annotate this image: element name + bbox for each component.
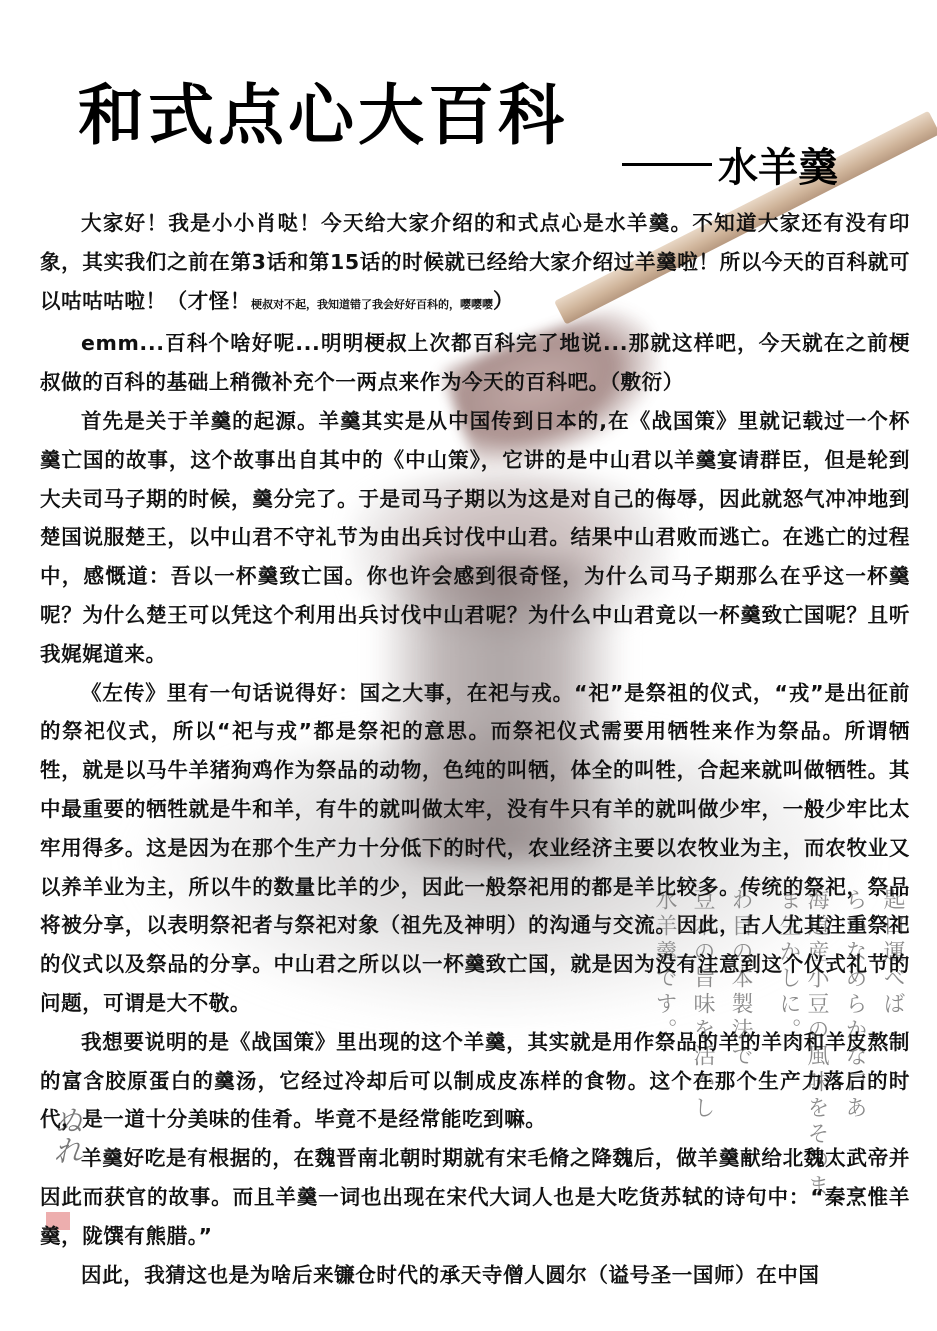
paragraph-intro: 大家好！我是小小肖哒！今天给大家介绍的和式点心是水羊羹。不知道大家还有没有印象，… <box>40 204 910 324</box>
paragraph: emm...百科个啥好呢...明明梗叔上次都百科完了地说...那就这样吧，今天就… <box>40 324 910 402</box>
article-body: 大家好！我是小小肖哒！今天给大家介绍的和式点心是水羊羹。不知道大家还有没有印象，… <box>40 204 910 1294</box>
paragraph: 首先是关于羊羹的起源。羊羹其实是从中国传到日本的,在《战国策》里就记载过一个杯羹… <box>40 402 910 674</box>
paragraph: 我想要说明的是《战国策》里出现的这个羊羹，其实就是用作祭品的羊的羊肉和羊皮熬制的… <box>40 1023 910 1139</box>
paragraph: 羊羹好吃是有根据的，在魏晋南北朝时期就有宋毛脩之降魏后，做羊羹献给北魏太武帝并因… <box>40 1139 910 1255</box>
paragraph: 《左传》里有一句话说得好：国之大事，在祀与戎。“祀”是祭祖的仪式，“戎”是出征前… <box>40 674 910 1023</box>
page-title: 和式点心大百科 <box>78 62 568 157</box>
subtitle-dash <box>622 163 712 166</box>
subtitle-text: 水羊羹 <box>718 136 838 193</box>
page-subtitle: 水羊羹 <box>622 136 838 193</box>
aside-note: 梗叔对不起，我知道错了我会好好百科的，嘤嘤嘤 <box>251 298 493 311</box>
paragraph: 因此，我猜这也是为啥后来镰仓时代的承天寺僧人圆尔（谥号圣一国师）在中国 <box>40 1256 910 1295</box>
